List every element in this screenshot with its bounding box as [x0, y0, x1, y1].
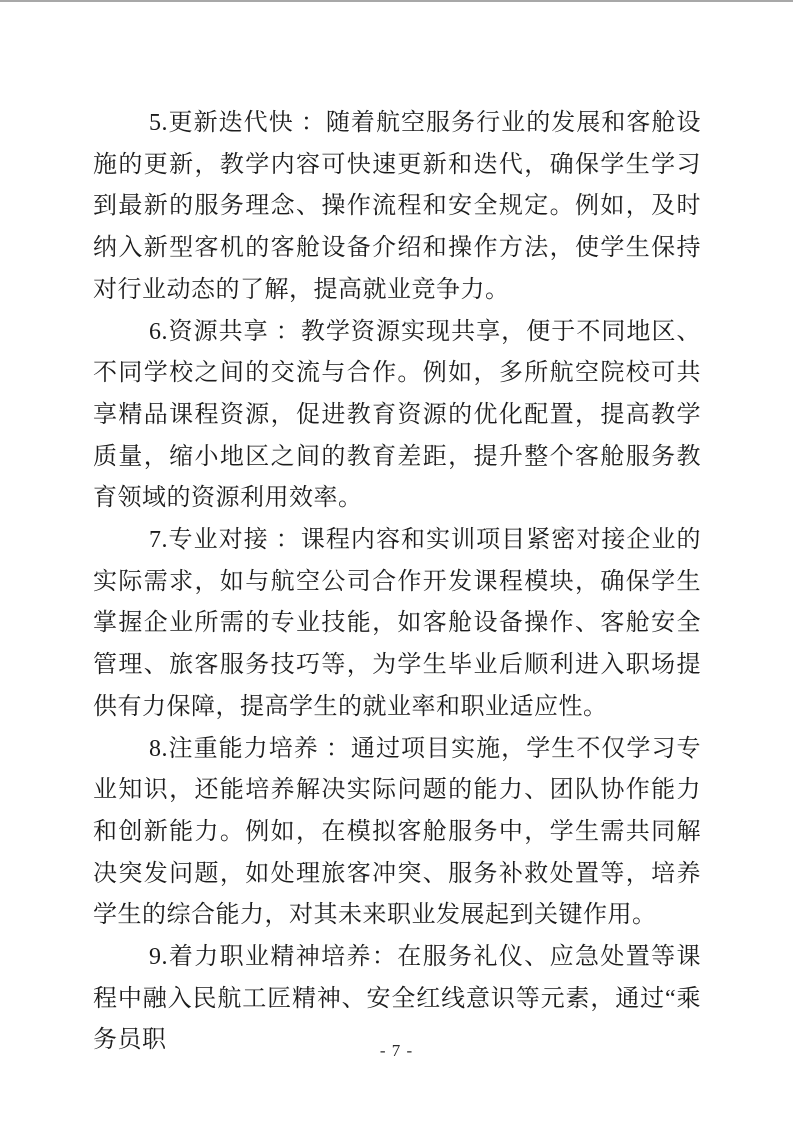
page-number: - 7 - — [0, 1042, 793, 1060]
paragraph-6-resource-sharing: 6.资源共享 ：教学资源实现共享，便于不同地区、不同学校之间的交流与合作。例如，… — [93, 312, 701, 521]
paragraph-8-ability-cultivation: 8.注重能力培养 ：通过项目实施，学生不仅学习专业知识，还能培养解决实际问题的能… — [93, 729, 701, 938]
paragraph-7-professional-alignment: 7.专业对接 ：课程内容和实训项目紧密对接企业的实际需求，如与航空公司合作开发课… — [93, 520, 701, 729]
paragraph-5-update-iteration: 5.更新迭代快 ：随着航空服务行业的发展和客舱设施的更新，教学内容可快速更新和迭… — [93, 103, 701, 312]
document-page: 5.更新迭代快 ：随着航空服务行业的发展和客舱设施的更新，教学内容可快速更新和迭… — [0, 0, 793, 1122]
document-body: 5.更新迭代快 ：随着航空服务行业的发展和客舱设施的更新，教学内容可快速更新和迭… — [93, 103, 701, 1062]
